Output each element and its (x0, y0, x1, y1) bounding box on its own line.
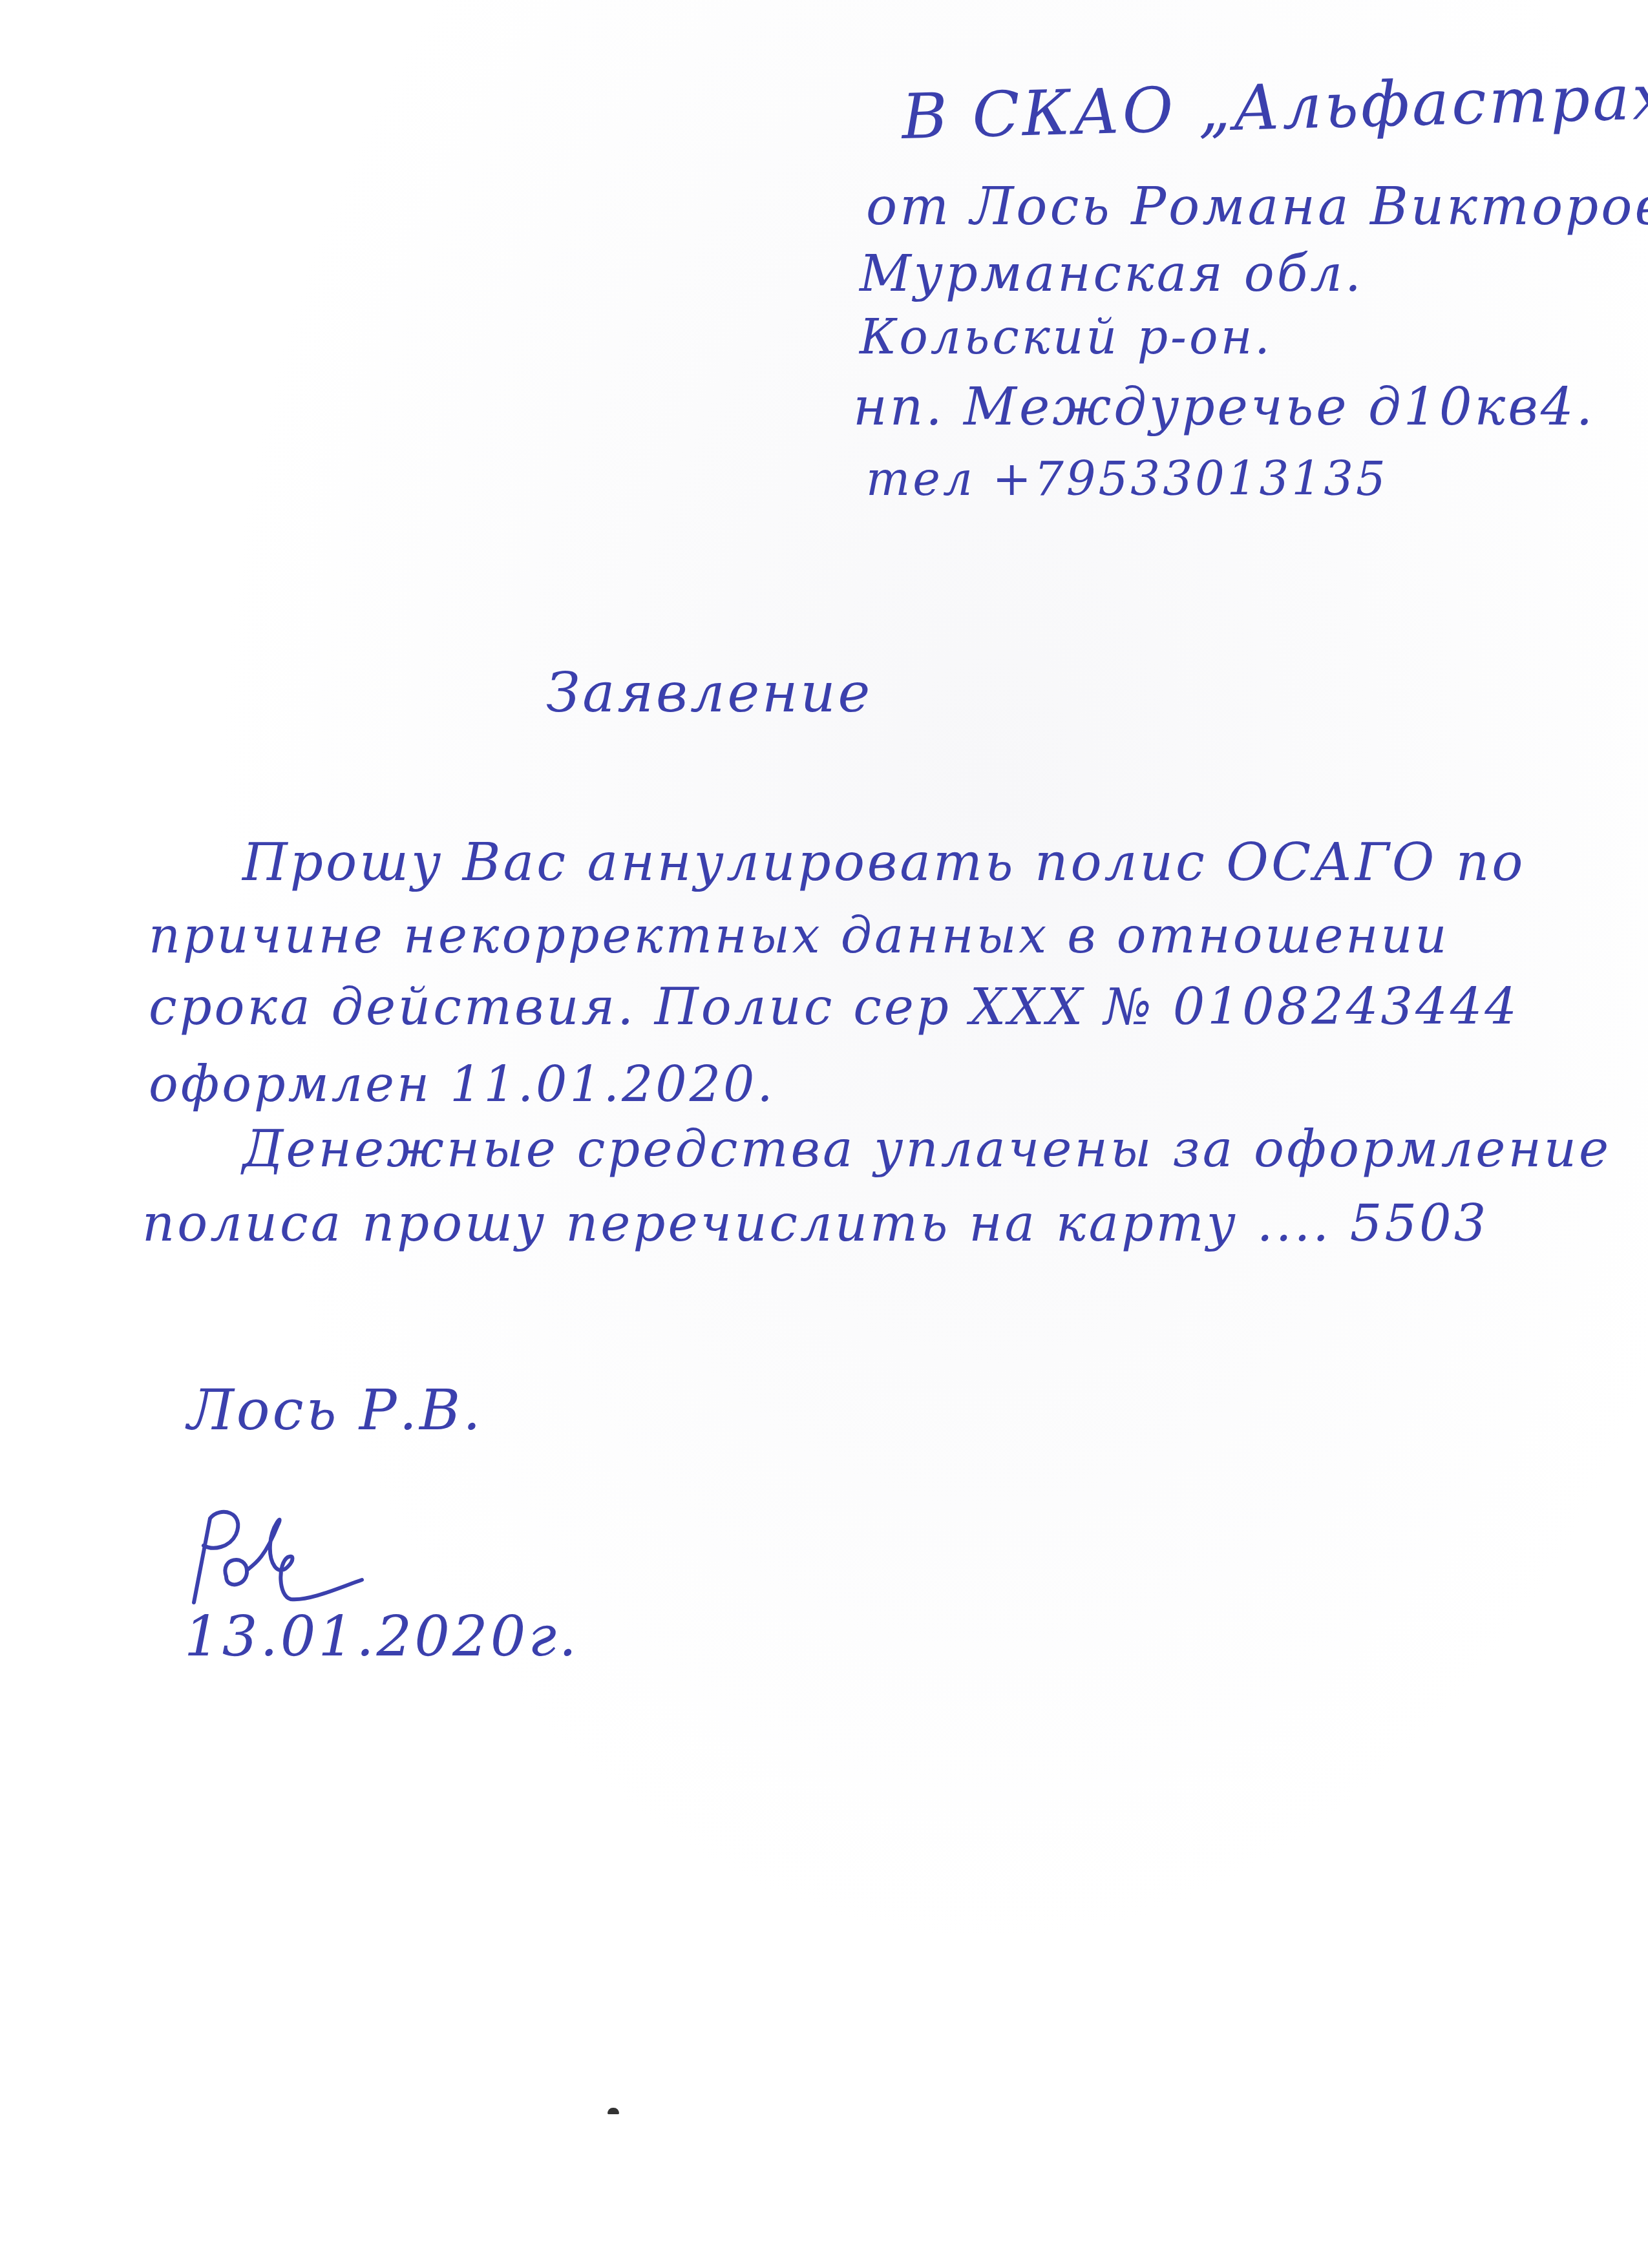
addressee-region: Мурманская обл. (860, 249, 1364, 299)
body-line: полиса прошу перечислить на карту .... 5… (142, 1199, 1488, 1249)
signer-name: Лось Р.В. (187, 1383, 483, 1438)
scan-artifact (607, 2108, 619, 2114)
signature-icon (174, 1506, 368, 1609)
addressee-address: нп. Междуречье д10кв4. (853, 381, 1595, 433)
body-line: причине некорректных данных в отношении (149, 911, 1449, 960)
body-line: Денежные средства уплачены за оформление (242, 1124, 1611, 1175)
addressee-district: Кольский р-он. (860, 313, 1273, 361)
document-title: Заявление (546, 666, 872, 720)
addressee-sender: от Лось Романа Викторовича (866, 181, 1648, 233)
addressee-phone: тел +79533013135 (866, 456, 1388, 502)
body-line: Прошу Вас аннулировать полис ОСАГО по (242, 837, 1525, 888)
signature-date: 13.01.2020г. (184, 1609, 579, 1664)
body-line: оформлен 11.01.2020. (149, 1060, 776, 1109)
body-line: срока действия. Полис сер XXX № 01082434… (149, 982, 1519, 1033)
